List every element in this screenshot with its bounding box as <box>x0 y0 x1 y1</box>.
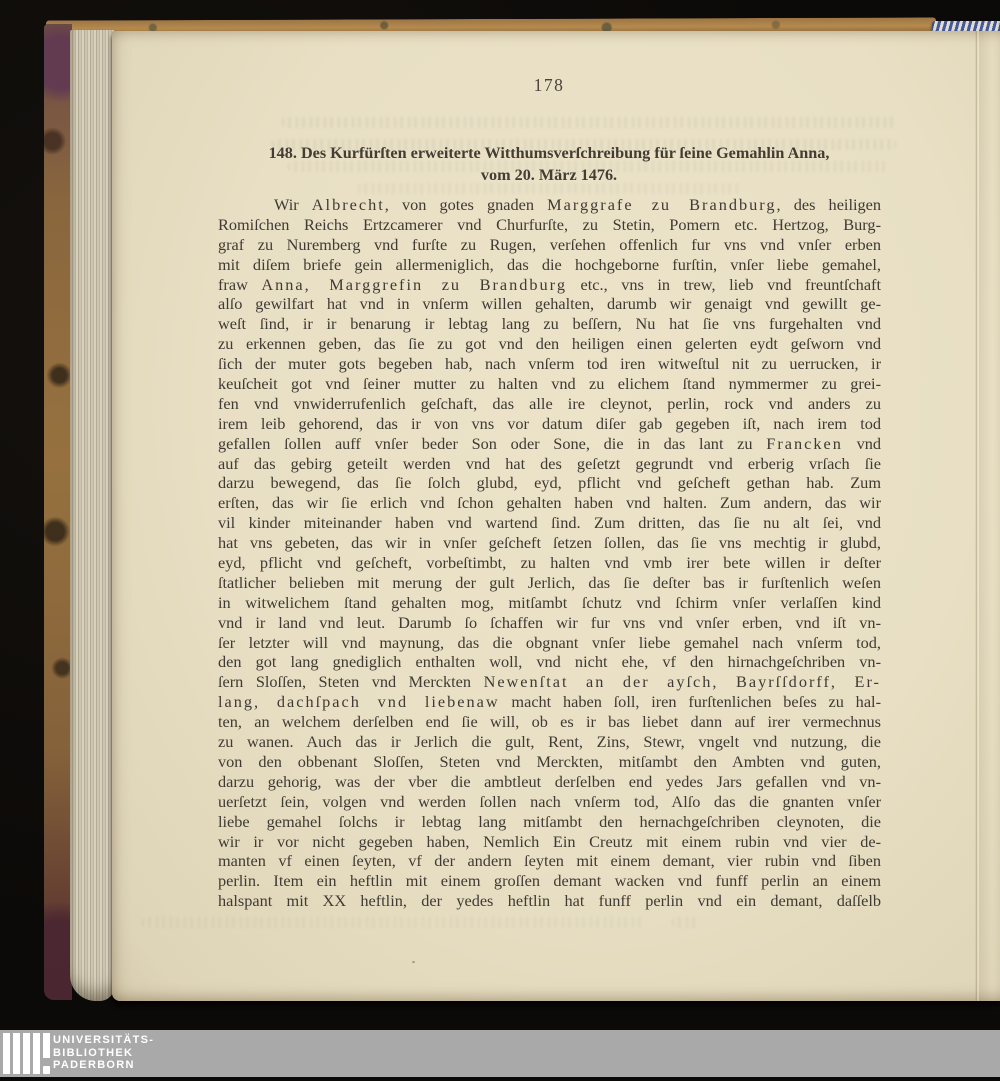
body-line: ten, an welchem derſelben end ſie will, … <box>218 712 881 732</box>
body-line: alſo gewilfart hat vnd in vnſerm willen … <box>218 294 881 314</box>
body-line: lang, dachſpach vnd liebenaw macht haben… <box>218 692 881 712</box>
heading-line-2: vom 20. März 1476. <box>208 164 890 186</box>
body-line: in witwelichem ſtand gehalten mog, mitſa… <box>218 593 881 613</box>
body-line: Wir Albrecht, von gotes gnaden Marggrafe… <box>218 195 881 215</box>
body-line: halspant mit XX heftlin, der yedes heftl… <box>218 891 881 911</box>
body-line: Romiſchen Reichs Ertzcamerer vnd Churfur… <box>218 215 881 235</box>
body-text: Wir Albrecht, von gotes gnaden Marggrafe… <box>218 195 881 911</box>
body-line: mit diſem briefe gein allermeniglich, da… <box>218 255 881 275</box>
body-line: graf zu Nuremberg vnd furſte zu Rugen, v… <box>218 235 881 255</box>
body-line: keuſcheit got vnd ſeiner mutter zu halte… <box>218 374 881 394</box>
body-line: perlin. Item ein heftlin mit einem groſſ… <box>218 871 881 891</box>
body-line: von den obbenant Sloſſen, Steten vnd Mer… <box>218 752 881 772</box>
heading-line-1: 148. Des Kurfürſten erweiterte Witthumsv… <box>208 142 890 164</box>
body-line: liebe gemahel ſolchs ir lebtag lang mitſ… <box>218 812 881 832</box>
body-line: gefallen ſollen auff vnſer beder Son ode… <box>218 434 881 454</box>
document-heading: 148. Des Kurfürſten erweiterte Witthumsv… <box>208 142 890 186</box>
body-line: fraw Anna, Marggrefin zu Brandburg etc.,… <box>218 275 881 295</box>
library-name-line-1: UNIVERSITÄTS- <box>53 1034 154 1047</box>
body-line: manten vf einen ſeyten, vf der andern ſe… <box>218 851 881 871</box>
bleed-through-text <box>672 917 698 928</box>
body-line: zu erkennen geben, das ſie zu got vnd de… <box>218 334 881 354</box>
body-line: weſt ſind, ir ir benarung ir lebtag lang… <box>218 314 881 334</box>
body-line: ſtatlicher belieben mit merung der gult … <box>218 573 881 593</box>
book-scan: 178 148. Des Kurfürſten erweiterte Witth… <box>0 0 1000 1081</box>
gutter-shadow <box>979 31 1000 1001</box>
page-number: 178 <box>218 75 880 96</box>
bottom-black-strip <box>0 1077 1000 1081</box>
bleed-through-text <box>142 917 642 928</box>
body-line: erſten, das wir ſie erlich vnd ſchon geh… <box>218 493 881 513</box>
body-line: den got lang gnediglich enthalten woll, … <box>218 652 881 672</box>
body-line: ſer letzter will vnd maynung, das die ob… <box>218 633 881 653</box>
body-line: wir ir vor nicht gegeben haben, Nemlich … <box>218 832 881 852</box>
body-line: darzu bewegend, das ſie ſolch glubd, eyd… <box>218 473 881 493</box>
body-line: ſern Sloſſen, Steten vnd Merckten Newenſ… <box>218 672 881 692</box>
body-line: vil kinder miteinander haben vnd wartend… <box>218 513 881 533</box>
marbled-cover-edge <box>44 24 72 1000</box>
body-line: zu wanen. Auch das ir Jerlich die gult, … <box>218 732 881 752</box>
paper-speck <box>412 961 415 963</box>
body-line: hat vns gebeten, das wir in vnſer geſche… <box>218 533 881 553</box>
body-line: darzu gehorig, was der vber die ambtleut… <box>218 772 881 792</box>
page-stack-edges <box>70 30 114 1001</box>
body-line: eyd, pflicht vnd geſcheft, vorbeſtimbt, … <box>218 553 881 573</box>
body-line: fen vnd vnwiderrufenlich geſchaft, das a… <box>218 394 881 414</box>
body-line: irem leib gehorend, das ir von vns vor d… <box>218 414 881 434</box>
library-footer-bar: UNIVERSITÄTS- BIBLIOTHEK PADERBORN <box>0 1030 1000 1077</box>
book-page: 178 148. Des Kurfürſten erweiterte Witth… <box>112 31 1000 1001</box>
body-line: ſich der muter gots begeben hab, nach vn… <box>218 354 881 374</box>
body-line: vnd ir land vnd leut. Darumb ſo ſchaffen… <box>218 613 881 633</box>
library-name-line-3: PADERBORN <box>53 1059 154 1072</box>
library-name: UNIVERSITÄTS- BIBLIOTHEK PADERBORN <box>53 1034 154 1072</box>
body-line: uerſetzt ſein, volgen vnd werden ſollen … <box>218 792 881 812</box>
body-line: auf das gebirg geteilt werden vnd hat de… <box>218 454 881 474</box>
bleed-through-text <box>282 117 896 128</box>
library-name-line-2: BIBLIOTHEK <box>53 1047 154 1060</box>
